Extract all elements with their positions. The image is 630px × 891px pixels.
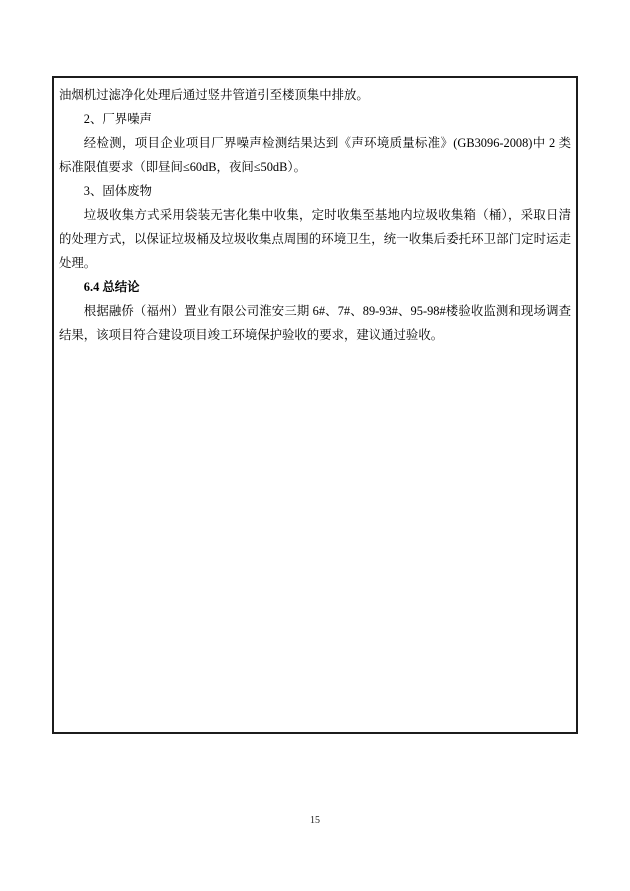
paragraph: 垃圾收集方式采用袋装无害化集中收集，定时收集至基地内垃圾收集箱（桶），采取日清的… <box>59 203 571 275</box>
page-number: 15 <box>0 814 630 828</box>
paragraph: 油烟机过滤净化处理后通过竖井管道引至楼顶集中排放。 <box>59 83 571 107</box>
table-cell-border: 油烟机过滤净化处理后通过竖井管道引至楼顶集中排放。2、厂界噪声经检测，项目企业项… <box>52 76 578 734</box>
paragraph: 2、厂界噪声 <box>59 107 571 131</box>
paragraph: 根据融侨（福州）置业有限公司淮安三期 6#、7#、89-93#、95-98#楼验… <box>59 299 571 347</box>
document-page: 油烟机过滤净化处理后通过竖井管道引至楼顶集中排放。2、厂界噪声经检测，项目企业项… <box>0 0 630 891</box>
section-heading: 6.4 总结论 <box>59 275 571 299</box>
document-body: 油烟机过滤净化处理后通过竖井管道引至楼顶集中排放。2、厂界噪声经检测，项目企业项… <box>59 83 571 347</box>
paragraph: 3、固体废物 <box>59 179 571 203</box>
paragraph: 经检测，项目企业项目厂界噪声检测结果达到《声环境质量标准》(GB3096-200… <box>59 131 571 179</box>
